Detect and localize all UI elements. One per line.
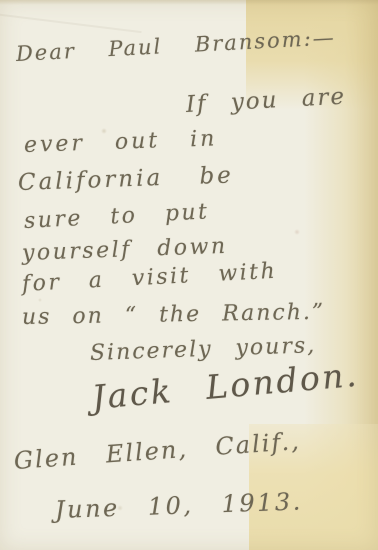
body-line-7: us on “ the Ranch.” [22,300,326,330]
body-line-3: California be [18,162,235,196]
letter-scan: Dear Paul Bransom:— If you are ever out … [0,0,378,550]
body-line-4: sure to put [23,199,210,234]
paper-crease [0,13,142,33]
body-line-2: ever out in [24,126,218,158]
paper-top-edge-shade [0,0,378,5]
body-line-5: yourself down [22,234,228,266]
